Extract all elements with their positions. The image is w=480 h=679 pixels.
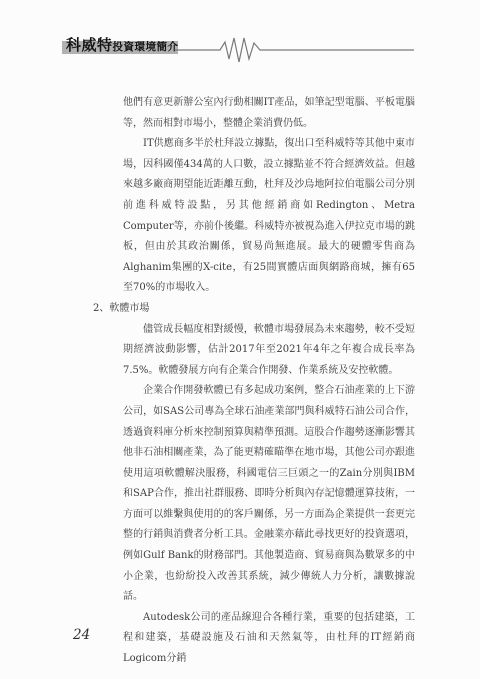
body-text-block: 他們有意更新辦公室內行動相關IT產品，如筆記型電腦、平板電腦等，然而相對市場小，… — [123, 93, 415, 670]
paragraph-autodesk: Autodesk公司的產品線迎合各種行業，重要的包括建築，工程和建築，基礎設施及… — [123, 608, 415, 670]
paragraph-it-suppliers: IT供應商多半於杜拜設立據點，復出口至科威特等其他中東市場，因科國僅434萬的人… — [123, 134, 415, 299]
document-page: 科威特投資環境簡介 他們有意更新辦公室內行動相關IT產品，如筆記型電腦、平板電腦… — [0, 0, 480, 679]
page-header-title: 科威特投資環境簡介 — [66, 37, 179, 54]
header-title-sub: 投資環境簡介 — [113, 39, 179, 54]
paragraph-continuation: 他們有意更新辦公室內行動相關IT產品，如筆記型電腦、平板電腦等，然而相對市場小，… — [123, 93, 415, 134]
page-number: 24 — [73, 627, 90, 643]
header-title-main: 科威特 — [66, 37, 113, 54]
section-heading-software-market: 2、軟體市場 — [93, 299, 415, 320]
heartbeat-pulse-line-icon — [175, 34, 415, 66]
paragraph-enterprise-cooperation: 企業合作開發軟體已有多起成功案例，整合石油產業的上下游公司，如SAS公司專為全球… — [123, 381, 415, 608]
paragraph-software-market: 儘管成長幅度相對緩慢，軟體市場發展為未來趨勢，較不受短期經濟波動影響，估計201… — [123, 320, 415, 382]
